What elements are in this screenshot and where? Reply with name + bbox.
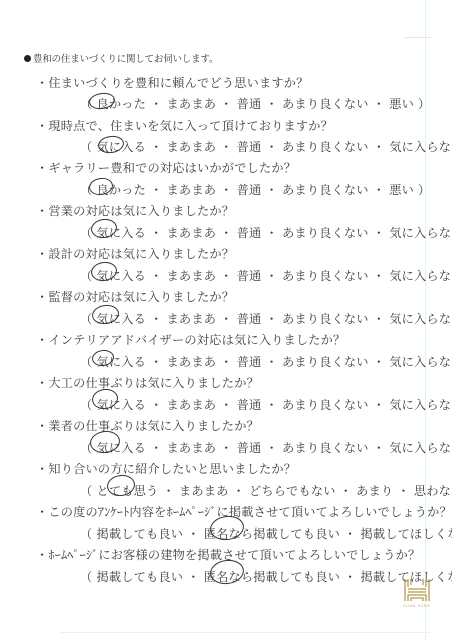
question-8: ・大工の仕事ぶりは気に入りましたか？ xyxy=(36,374,259,391)
question-6: ・監督の対応は気に入りましたか？ xyxy=(36,288,234,305)
answer-options-11: （ 掲載しても良い ・ 匿名なら掲載しても良い ・ 掲載してほしくない ） xyxy=(80,525,452,542)
question-2: ・現時点で、住まいを気に入って頂けておりますか？ xyxy=(36,117,333,134)
answer-options-8: （ 気に入る ・ まあまあ ・ 普通 ・ あまり良くない ・ 気に入らない ） xyxy=(80,396,452,413)
question-12: ・ﾎｰﾑﾍﾟｰｼﾞにお客様の建物を掲載させて頂いてよろしいでしょうか？ xyxy=(36,546,420,563)
answer-options-4: （ 気に入る ・ まあまあ ・ 普通 ・ あまり良くない ・ 気に入らない ） xyxy=(80,224,452,241)
answer-options-1: （ 良かった ・ まあまあ ・ 普通 ・ あまり良くない ・ 悪い ） xyxy=(80,95,430,112)
survey-header-text: 豊和の住まいづくりに関してお伺いします。 xyxy=(33,54,218,65)
answer-options-3: （ 良かった ・ まあまあ ・ 普通 ・ あまり良くない ・ 悪い ） xyxy=(80,181,430,198)
question-4: ・営業の対応は気に入りましたか？ xyxy=(36,202,234,219)
answer-options-9: （ 気に入る ・ まあまあ ・ 普通 ・ あまり良くない ・ 気に入らない ） xyxy=(80,439,452,456)
scan-mark xyxy=(405,37,431,38)
company-logo-text: HOWA HOME xyxy=(403,604,430,608)
answer-options-10: （ とても思う ・ まあまあ ・ どちらでもない ・ あまり ・ 思わない ） xyxy=(80,482,452,499)
bullet-icon xyxy=(24,55,31,62)
scan-edge-line xyxy=(60,632,430,633)
company-logo-icon xyxy=(404,578,430,602)
question-9: ・業者の仕事ぶりは気に入りましたか？ xyxy=(36,417,259,434)
question-3: ・ギャラリー豊和での対応はいかがでしたか？ xyxy=(36,159,296,176)
answer-options-7: （ 気に入る ・ まあまあ ・ 普通 ・ あまり良くない ・ 気に入らない ） xyxy=(80,353,452,370)
question-1: ・住まいづくりを豊和に頼んでどう思いますか？ xyxy=(36,74,309,91)
answer-options-6: （ 気に入る ・ まあまあ ・ 普通 ・ あまり良くない ・ 気に入らない ） xyxy=(80,310,452,327)
question-5: ・設計の対応は気に入りましたか？ xyxy=(36,245,234,262)
answer-options-2: （ 気に入る ・ まあまあ ・ 普通 ・ あまり良くない ・ 気に入らない ） xyxy=(80,138,452,155)
survey-header: 豊和の住まいづくりに関してお伺いします。 xyxy=(24,51,218,65)
question-10: ・知り合いの方に紹介したいと思いましたか？ xyxy=(36,460,296,477)
answer-options-5: （ 気に入る ・ まあまあ ・ 普通 ・ あまり良くない ・ 気に入らない ） xyxy=(80,267,452,284)
question-11: ・この度のｱﾝｹｰﾄ内容をﾎｰﾑﾍﾟｰｼﾞに掲載させて頂いてよろしいでしょうか？ xyxy=(36,503,452,520)
question-7: ・インテリアアドバイザーの対応は気に入りましたか？ xyxy=(36,331,345,348)
answer-options-12: （ 掲載しても良い ・ 匿名なら掲載しても良い ・ 掲載してほしくない ） xyxy=(80,568,452,585)
